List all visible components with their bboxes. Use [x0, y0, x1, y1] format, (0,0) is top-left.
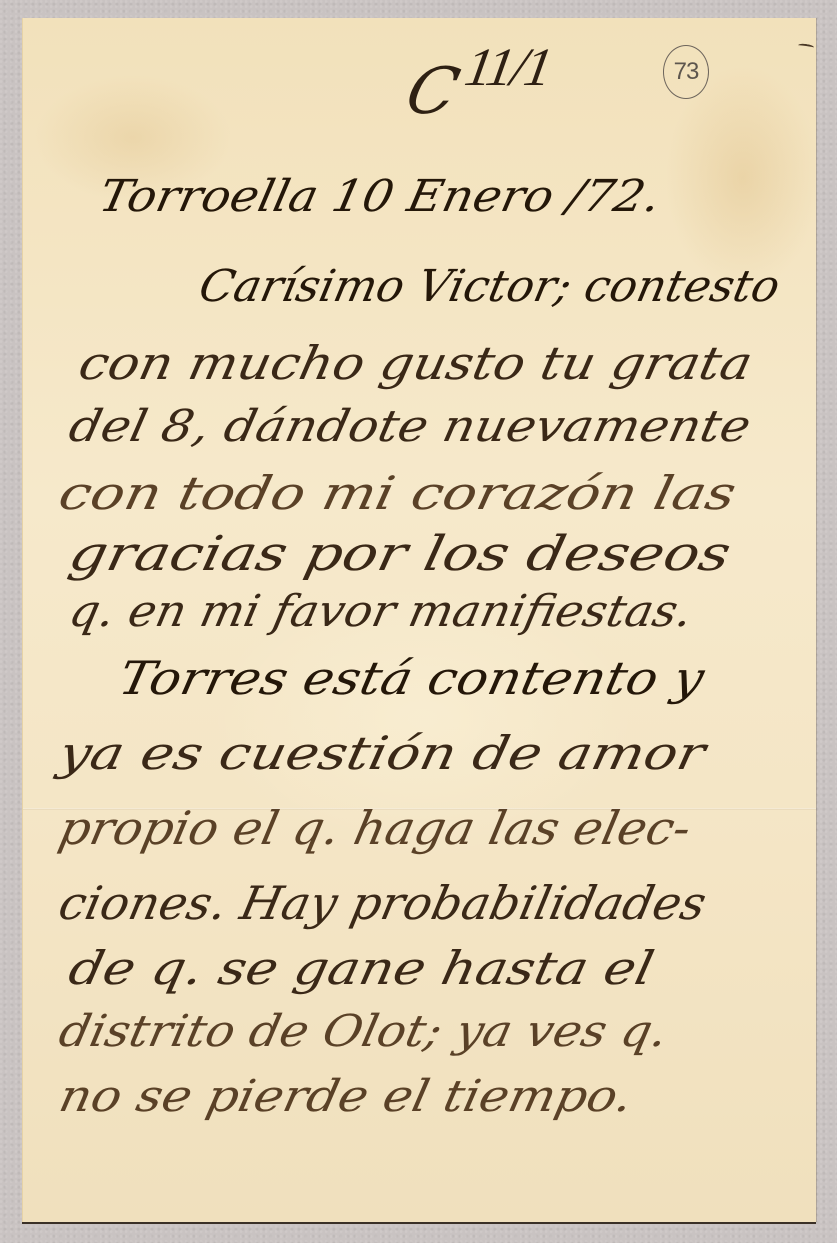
reference-mark: 11/1 — [461, 40, 555, 94]
folio-number-circled: 73 — [663, 45, 709, 99]
letter-line: gracias por los deseos — [65, 530, 735, 578]
letter-line: de q. se gane hasta el — [65, 945, 658, 991]
letter-line: ciones. Hay probabilidades — [55, 880, 710, 926]
letter-line: distrito de Olot; ya ves q. — [55, 1010, 671, 1054]
letter-line: Carísimo Victor; contesto — [195, 265, 783, 309]
letter-line: q. en mi favor manifiestas. — [65, 590, 696, 634]
letter-line: con todo mi corazón las — [55, 470, 740, 516]
letter-line: del 8, dándote nuevamente — [65, 405, 754, 449]
letter-line: propio el q. haga las elec- — [55, 805, 695, 851]
corner-curl — [798, 43, 815, 50]
letter-line: no se pierde el tiempo. — [55, 1075, 636, 1119]
letter-line: ya es cuestión de amor — [55, 730, 709, 776]
place-date-line: Torroella 10 Enero /72. — [95, 175, 664, 219]
letter-line: Torres está contento y — [115, 655, 708, 701]
folio-number: 73 — [674, 58, 699, 86]
letter-line: con mucho gusto tu grata — [75, 340, 756, 386]
